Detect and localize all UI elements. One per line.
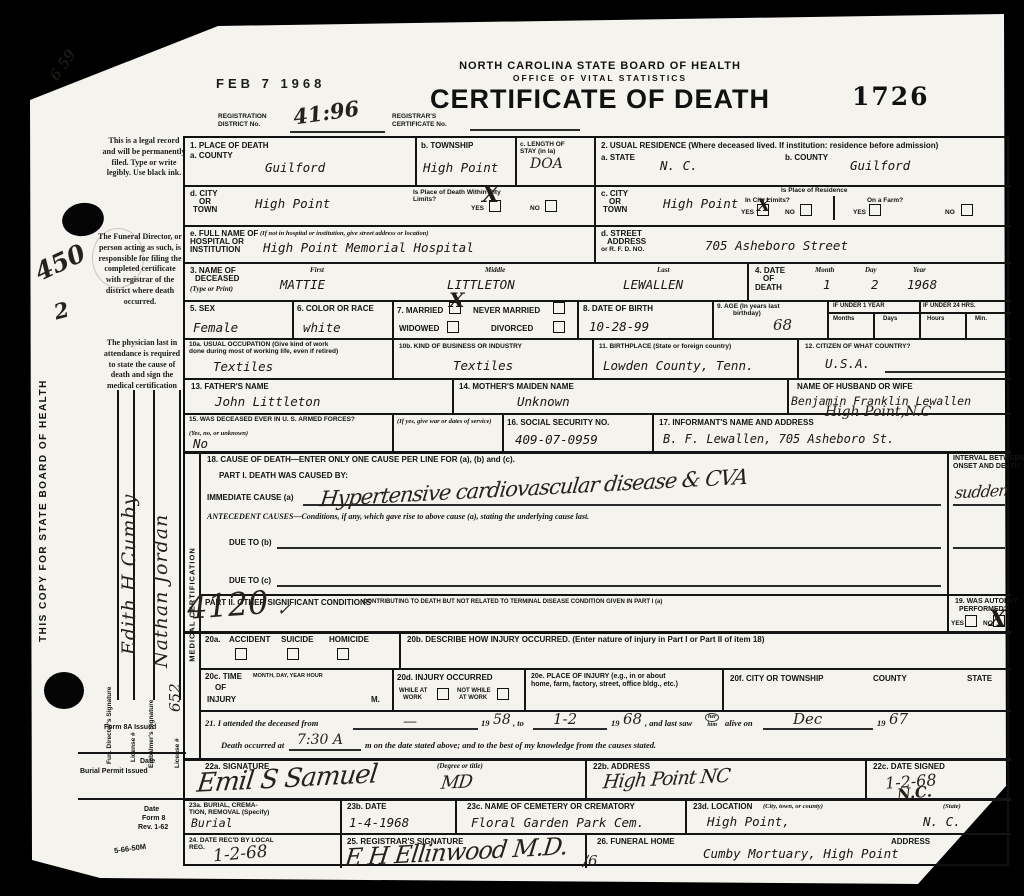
no-label: NO: [945, 209, 955, 217]
field20f-city-label: 20f. CITY OR TOWNSHIP: [730, 674, 824, 684]
line: [185, 225, 1011, 227]
margin-note-physician: The physician last in attendance is requ…: [100, 338, 184, 392]
line: [340, 798, 342, 833]
line: [185, 451, 1011, 454]
year-prefix-2: 19: [611, 718, 620, 729]
line: [185, 631, 1011, 634]
year-prefix-1: 19: [481, 718, 490, 729]
day-label: Day: [865, 266, 877, 275]
length-of-stay-value: DOA: [530, 156, 563, 172]
armed-forces-value: No: [193, 436, 208, 451]
form-revision-label: Rev. 1-62: [138, 824, 168, 833]
line: [185, 758, 1011, 761]
field23d-label: 23d. LOCATION: [693, 802, 752, 812]
divorced-label: DIVORCED: [491, 324, 533, 334]
no-label: NO: [785, 209, 795, 217]
line: [747, 262, 749, 300]
field24-label-2: REG.: [189, 844, 205, 852]
field6-label: 6. COLOR OR RACE: [297, 304, 374, 314]
line: [277, 547, 941, 549]
burial-state-value: N. C.: [923, 814, 961, 829]
line: [763, 728, 873, 730]
registrar-signature-extra: /6: [583, 852, 598, 870]
field2c-label-3: TOWN: [603, 205, 627, 215]
not-while-at-work-label-2: AT WORK: [459, 695, 487, 703]
interval-header-2: ONSET AND DEATH: [953, 463, 1020, 472]
residence-question-head: Is Place of Residence: [781, 187, 847, 195]
death-city-limits-question-2: Limits?: [413, 196, 436, 204]
line: [833, 196, 835, 220]
field20c-label-2: OF: [215, 683, 226, 693]
line: [78, 798, 186, 800]
funeral-home-value: Cumby Mortuary, High Point: [703, 846, 899, 861]
field1e-note: (If not in hospital or institution, give…: [260, 230, 428, 238]
line: [787, 378, 789, 413]
field20d-label: 20d. INJURY OCCURRED: [397, 673, 493, 683]
field8-label: 8. DATE OF BIRTH: [583, 304, 653, 314]
field20b-label: 20b. DESCRIBE HOW INJURY OCCURRED. (Ente…: [407, 635, 764, 645]
immediate-cause-label: IMMEDIATE CAUSE (a): [207, 493, 294, 503]
attended-from-year: 58: [493, 712, 511, 728]
line: [953, 504, 1005, 506]
part2-note: CONTRIBUTING TO DEATH BUT NOT RELATED TO…: [363, 599, 662, 607]
field20a-number: 20a.: [205, 635, 221, 645]
yes-label: YES: [951, 620, 964, 628]
death-occurred-text-2: m on the date stated above; and to the b…: [365, 740, 656, 751]
while-at-work-label-2: WORK: [403, 695, 422, 703]
line: [533, 728, 607, 730]
field15-label-3: (If yes, give war or dates of service): [397, 418, 497, 426]
field2-label: 2. USUAL RESIDENCE (Where deceased lived…: [601, 141, 938, 151]
field14-label: 14. MOTHER'S MAIDEN NAME: [459, 382, 574, 392]
checkbox-divorced: [553, 321, 565, 333]
line: [455, 798, 457, 833]
middle-name-label: Middle: [485, 266, 505, 275]
line: [452, 378, 454, 413]
days-label: Days: [883, 316, 897, 324]
field20f-county-label: COUNTY: [873, 674, 907, 684]
field2a-label: a. STATE: [601, 153, 635, 163]
line: [865, 758, 867, 798]
year-prefix-3: 19: [877, 718, 886, 729]
field1c-label-2: STAY (in la): [520, 148, 555, 156]
death-day-value: 2: [871, 277, 879, 292]
field1e-label-3: INSTITUTION: [190, 245, 240, 255]
field1a-label: a. COUNTY: [190, 151, 233, 161]
checkbox-suicide: [287, 648, 299, 660]
field20c-label-3: INJURY: [207, 695, 236, 705]
registration-district-label-2: DISTRICT No.: [218, 121, 260, 129]
sex-value: Female: [193, 320, 238, 335]
line: [185, 300, 1011, 302]
attended-text-3: , and last saw: [645, 718, 692, 729]
line: [201, 668, 1011, 670]
spouse-label: NAME OF HUSBAND OR WIFE: [797, 382, 913, 392]
line: [185, 338, 1011, 340]
residence-city-yes-mark: X: [757, 196, 770, 216]
field9-label-2: birthday): [733, 310, 761, 318]
field3-label-3: (Type or Print): [190, 285, 233, 294]
death-city-value: High Point: [255, 196, 330, 211]
line: [392, 300, 394, 338]
embalmer-license-number: 652: [166, 683, 184, 712]
part2-handwritten-code: 4120: [186, 583, 270, 627]
line: [185, 798, 1011, 801]
line: [873, 314, 875, 338]
attended-text-1: 21. I attended the deceased from: [205, 718, 318, 729]
occupation-value: Textiles: [213, 359, 273, 374]
death-county-value: Guilford: [265, 160, 325, 175]
field23d-note-2: (State): [943, 803, 961, 811]
cemetery-value: Floral Garden Park Cem.: [471, 815, 644, 830]
residence-city-value: High Point: [663, 196, 738, 211]
married-mark: X: [449, 288, 465, 312]
attended-text-2: , to: [513, 718, 524, 729]
year-label: Year: [913, 266, 926, 275]
field5-label: 5. SEX: [190, 304, 215, 314]
field16-label: 16. SOCIAL SECURITY NO.: [507, 418, 609, 428]
line: [185, 833, 1011, 835]
checkbox-never-married: [553, 302, 565, 314]
line: [78, 752, 186, 754]
margin-note-funeral-director: The Funeral Director, or person acting a…: [98, 232, 182, 308]
spouse-address-handwritten: High Point,N.C: [825, 404, 931, 420]
birthplace-value: Lowden County, Tenn.: [603, 358, 754, 373]
homicide-label: HOMICIDE: [329, 635, 369, 645]
certificate-number: 1726: [852, 82, 930, 111]
line: [185, 378, 1011, 380]
field20f-state-label: STATE: [967, 674, 992, 684]
residence-state-value: N. C.: [660, 158, 698, 173]
ssn-value: 409-07-0959: [515, 432, 598, 447]
field20c-note: MONTH, DAY, YEAR HOUR: [253, 673, 323, 680]
field1d-label-3: TOWN: [193, 205, 217, 215]
attended-to-year: 68: [623, 710, 642, 728]
last-seen-year: 67: [889, 710, 908, 728]
field18-label: 18. CAUSE OF DEATH—ENTER ONLY ONE CAUSE …: [207, 455, 515, 465]
copy-stamp-vertical: THIS COPY FOR STATE BOARD OF HEALTH: [38, 379, 49, 642]
signature-rule: [179, 390, 181, 700]
line: [797, 338, 799, 378]
line: [502, 413, 504, 451]
death-time-handwritten: 7:30 A: [297, 732, 343, 748]
attended-from-dash: —: [403, 714, 417, 730]
degree-handwritten: MD: [440, 771, 473, 794]
hours-label: Hours: [927, 316, 944, 324]
date-label: Date: [140, 758, 155, 767]
director-license-label: License #: [130, 732, 138, 762]
received-date-stamp: FEB 7 1968: [216, 76, 325, 91]
burial-date-value: 1-4-1968: [349, 815, 409, 830]
line: [392, 338, 394, 378]
street-address-value: 705 Asheboro Street: [705, 238, 848, 253]
race-value: white: [303, 320, 341, 335]
burial-type-value: Burial: [191, 816, 233, 830]
burial-permit-label: Burial Permit Issued: [80, 768, 148, 777]
field12-label: 12. CITIZEN OF WHAT COUNTRY?: [805, 343, 910, 351]
registrar-certificate-label-1: REGISTRAR'S: [392, 113, 436, 121]
line: [515, 138, 517, 185]
months-label: Months: [833, 316, 854, 324]
line: [524, 668, 526, 710]
field3-label-2: DECEASED: [195, 274, 239, 284]
line: [712, 300, 714, 338]
citizen-value: U.S.A.: [825, 356, 870, 371]
field2d-label-3: or R. F. D. NO.: [601, 246, 644, 254]
line: [652, 413, 654, 451]
checkbox-accident: [235, 648, 247, 660]
date-received-handwritten: 1-2-68: [212, 842, 268, 867]
no-label: NO: [530, 205, 540, 213]
last-name-value: LEWALLEN: [623, 277, 683, 292]
field1-label: 1. PLACE OF DEATH: [190, 141, 269, 151]
line: [947, 451, 949, 631]
mother-name-value: Unknown: [517, 394, 570, 409]
part1-label: PART I. DEATH WAS CAUSED BY:: [219, 471, 348, 481]
line: [919, 300, 921, 338]
line: [577, 300, 579, 338]
industry-value: Textiles: [453, 358, 513, 373]
field15-label-1: 15. WAS DECEASED EVER IN U. S. ARMED FOR…: [189, 416, 389, 424]
date-label-2: Date: [144, 806, 159, 815]
attended-text-4: alive on: [725, 718, 753, 729]
age-value: 68: [773, 316, 792, 334]
checkbox-homicide: [337, 648, 349, 660]
death-city-yes-mark: X: [482, 182, 499, 208]
attended-to-date: 1-2: [553, 710, 577, 728]
field20c-label-1: 20c. TIME: [205, 672, 242, 682]
line: [953, 547, 1005, 549]
line: [289, 749, 361, 751]
death-township-value: High Point: [423, 160, 498, 175]
line: [292, 300, 294, 338]
field23d-note-1: (City, town, or county): [763, 803, 823, 811]
line: [722, 668, 724, 710]
line: [277, 585, 941, 587]
line: [827, 300, 829, 338]
widowed-label: WIDOWED: [399, 324, 439, 334]
death-certificate-scan: FEB 7 1968 NORTH CAROLINA STATE BOARD OF…: [0, 0, 1024, 896]
suicide-label: SUICIDE: [281, 635, 313, 645]
antecedent-label: ANTECEDENT CAUSES—Conditions, if any, wh…: [207, 512, 589, 522]
checkbox-death-city-no: [545, 200, 557, 212]
field10a-label-2: done during most of working life, even i…: [189, 348, 338, 356]
degree-title-label: (Degree or title): [437, 762, 483, 771]
org-name: NORTH CAROLINA STATE BOARD OF HEALTH: [400, 60, 800, 72]
her-him-stack: her him: [705, 713, 719, 728]
line: [399, 631, 401, 668]
month-label: Month: [815, 266, 834, 275]
field17-label: 17. INFORMANT'S NAME AND ADDRESS: [659, 418, 814, 428]
checkbox-widowed: [447, 321, 459, 333]
due-to-b-label: DUE TO (b): [229, 538, 272, 548]
her-circled: her: [705, 713, 719, 722]
line: [965, 314, 967, 338]
field11-label: 11. BIRTHPLACE (State or foreign country…: [599, 343, 731, 351]
interval-handwritten: sudden: [954, 481, 1009, 503]
field2b-label: b. COUNTY: [785, 153, 828, 163]
line: [290, 131, 385, 133]
field26-label: 26. FUNERAL HOME: [597, 837, 675, 847]
certificate-form: 1. PLACE OF DEATH a. COUNTY Guilford b. …: [183, 136, 1009, 866]
field4-label-3: DEATH: [755, 283, 782, 293]
hole-punch: [44, 672, 84, 709]
father-name-value: John Littleton: [215, 394, 320, 409]
hospital-name-value: High Point Memorial Hospital: [263, 240, 474, 255]
field23b-label: 23b. DATE: [347, 802, 386, 812]
line: [340, 833, 342, 868]
checkbox-not-while-at-work: [497, 688, 509, 700]
death-occurred-text: Death occurred at: [221, 740, 284, 751]
last-name-label: Last: [657, 266, 669, 275]
form-8a-label: Form 8A Issued: [104, 724, 156, 733]
checkbox-farm-no: [961, 204, 973, 216]
first-name-label: First: [310, 266, 324, 275]
embalmer-signature-vertical: Nathan Jordan: [150, 514, 172, 668]
yes-label: YES: [741, 209, 754, 217]
part2-checkmark: ✓: [277, 600, 290, 619]
line: [592, 338, 594, 378]
line: [392, 668, 394, 710]
death-year-value: 1968: [907, 277, 937, 292]
line: [392, 413, 394, 451]
registrar-certificate-label-2: CERTIFICATE No.: [392, 121, 447, 129]
line: [885, 371, 1005, 373]
accident-label: ACCIDENT: [229, 635, 270, 645]
line: [185, 262, 1011, 264]
office-name: OFFICE OF VITAL STATISTICS: [400, 73, 800, 83]
line: [470, 129, 580, 131]
informant-value: B. F. Lewallen, 705 Asheboro St.: [663, 432, 894, 446]
line: [685, 798, 687, 833]
form-8-label: Form 8: [142, 815, 165, 824]
checkbox-autopsy-yes: [965, 615, 977, 627]
funeral-director-signature-vertical: Edith H Cumby: [118, 494, 140, 655]
field13-label: 13. FATHER'S NAME: [191, 382, 269, 392]
line: [415, 138, 417, 185]
field20c-meridiem: M.: [371, 695, 380, 705]
autopsy-no-mark: X: [989, 606, 1006, 632]
line: [585, 758, 587, 798]
checkbox-residence-city-no: [800, 204, 812, 216]
line: [827, 312, 1011, 314]
margin-note-legal: This is a legal record and will be perma…: [102, 136, 186, 179]
burial-city-value: High Point,: [707, 814, 790, 829]
yes-label: YES: [853, 209, 866, 217]
under-1-year-header: IF UNDER 1 YEAR: [833, 303, 885, 311]
first-name-value: MATTIE: [280, 277, 325, 292]
nc-handwritten-annotation: N.C.: [896, 783, 932, 804]
last-seen-month: Dec: [793, 710, 822, 728]
line: [185, 185, 1011, 187]
document-title: CERTIFICATE OF DEATH: [370, 84, 830, 115]
death-month-value: 1: [823, 277, 831, 292]
date-of-birth-value: 10-28-99: [589, 319, 649, 334]
never-married-label: NEVER MARRIED: [473, 306, 540, 316]
residence-county-value: Guilford: [850, 158, 910, 173]
field10b-label: 10b. KIND OF BUSINESS OR INDUSTRY: [399, 343, 522, 351]
field23c-label: 23c. NAME OF CEMETERY OR CREMATORY: [467, 802, 635, 812]
checkbox-farm-yes: [869, 204, 881, 216]
married-label: 7. MARRIED: [397, 306, 443, 316]
field20e-label-2: home, farm, factory, street, office bldg…: [531, 681, 678, 690]
line: [594, 138, 596, 262]
checkbox-while-at-work: [437, 688, 449, 700]
min-label: Min.: [975, 316, 987, 324]
registration-district-label-1: REGISTRATION: [218, 113, 267, 121]
line: [201, 594, 1011, 596]
margin-pencil-note: 6 59: [46, 46, 80, 84]
under-24-hrs-header: IF UNDER 24 HRS.: [923, 303, 976, 311]
field1b-label: b. TOWNSHIP: [421, 141, 473, 151]
him-option: him: [705, 722, 719, 729]
